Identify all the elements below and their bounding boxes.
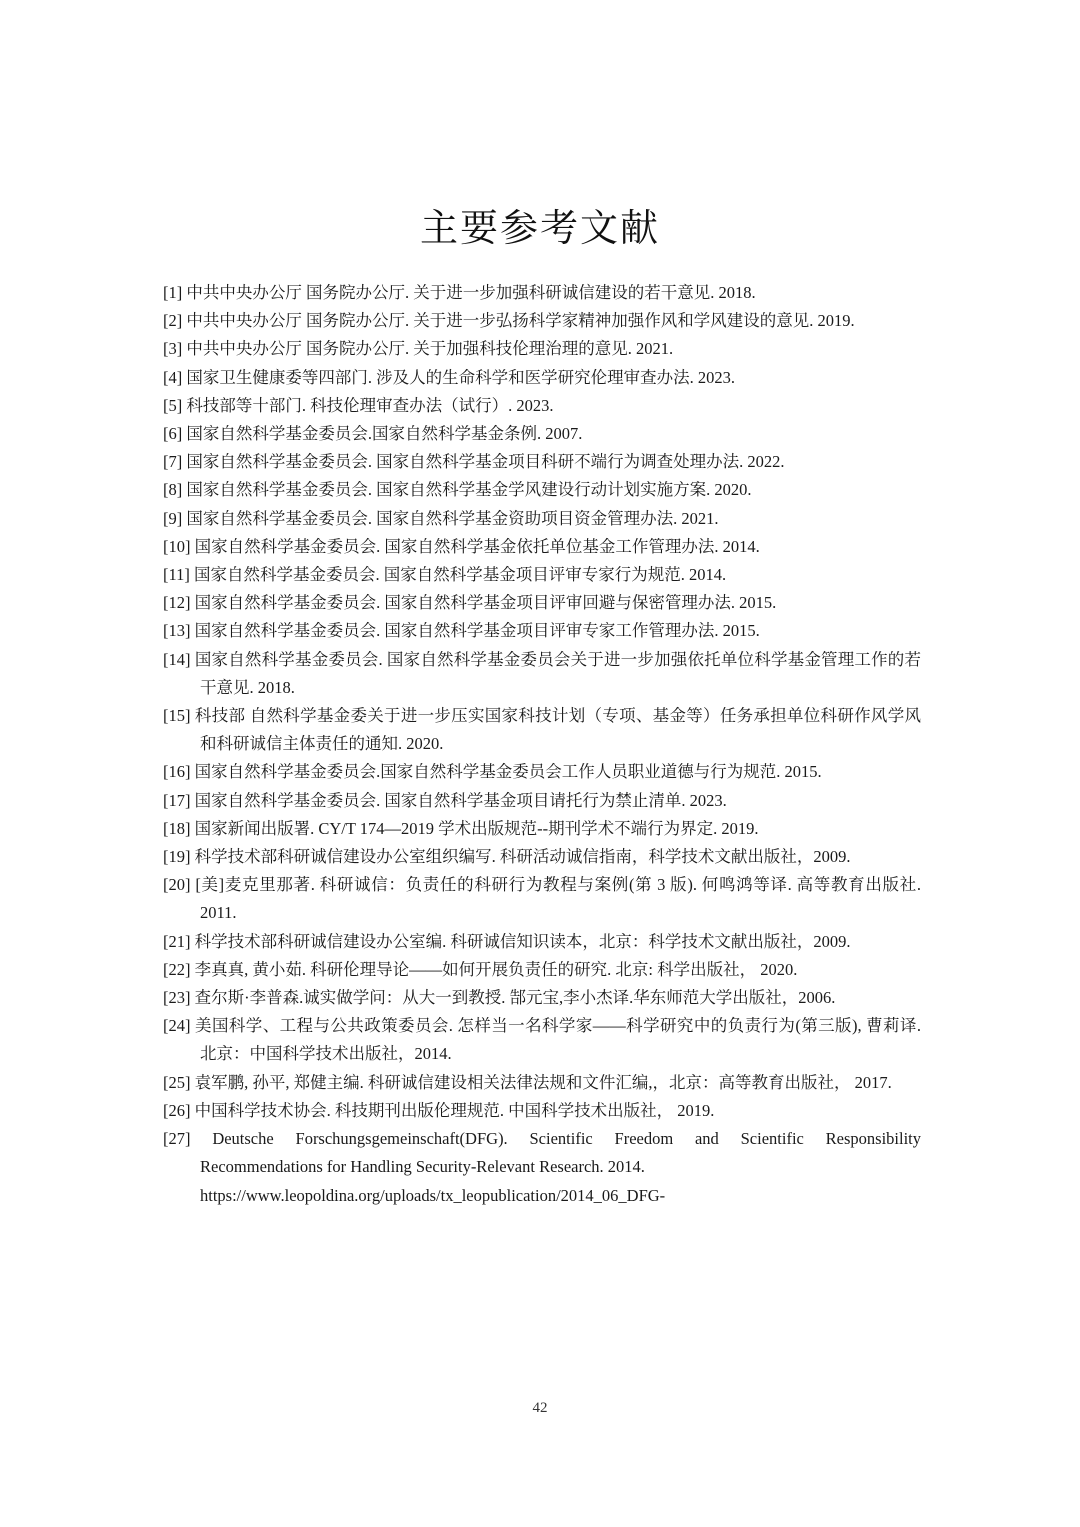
reference-item: [23] 查尔斯·李普森.诚实做学问：从大一到教授. 郜元宝,李小杰译.华东师范… <box>163 984 921 1012</box>
reference-number: [1] <box>163 283 182 302</box>
reference-item: [24] 美国科学、工程与公共政策委员会. 怎样当一名科学家——科学研究中的负责… <box>163 1012 921 1068</box>
reference-item: [9] 国家自然科学基金委员会. 国家自然科学基金资助项目资金管理办法. 202… <box>163 505 921 533</box>
reference-item: [19] 科学技术部科研诚信建设办公室组织编写. 科研活动诚信指南，科学技术文献… <box>163 843 921 871</box>
reference-number: [22] <box>163 960 191 979</box>
reference-number: [27] <box>163 1129 191 1148</box>
reference-text: 国家自然科学基金委员会. 国家自然科学基金学风建设行动计划实施方案. 2020. <box>186 480 751 499</box>
reference-number: [15] <box>163 706 191 725</box>
reference-number: [10] <box>163 537 191 556</box>
reference-number: [18] <box>163 819 191 838</box>
reference-text: 国家自然科学基金委员会.国家自然科学基金委员会工作人员职业道德与行为规范. 20… <box>195 762 822 781</box>
reference-number: [6] <box>163 424 182 443</box>
reference-number: [17] <box>163 791 191 810</box>
reference-item: [13] 国家自然科学基金委员会. 国家自然科学基金项目评审专家工作管理办法. … <box>163 617 921 645</box>
reference-text: 科学技术部科研诚信建设办公室编. 科研诚信知识读本，北京：科学技术文献出版社，2… <box>195 932 851 951</box>
reference-text: 美国科学、工程与公共政策委员会. 怎样当一名科学家——科学研究中的负责行为(第三… <box>195 1016 921 1063</box>
reference-number: [4] <box>163 368 182 387</box>
reference-text: 科学技术部科研诚信建设办公室组织编写. 科研活动诚信指南，科学技术文献出版社，2… <box>195 847 851 866</box>
reference-item: [7] 国家自然科学基金委员会. 国家自然科学基金项目科研不端行为调查处理办法.… <box>163 448 921 476</box>
reference-number: [26] <box>163 1101 191 1120</box>
reference-number: [21] <box>163 932 191 951</box>
reference-text: 李真真, 黄小茹. 科研伦理导论——如何开展负责任的研究. 北京: 科学出版社，… <box>195 960 798 979</box>
reference-number: [19] <box>163 847 191 866</box>
reference-item: [15] 科技部 自然科学基金委关于进一步压实国家科技计划（专项、基金等）任务承… <box>163 702 921 758</box>
reference-item: [17] 国家自然科学基金委员会. 国家自然科学基金项目请托行为禁止清单. 20… <box>163 787 921 815</box>
reference-number: [25] <box>163 1073 191 1092</box>
reference-text: 中共中央办公厅 国务院办公厅. 关于进一步加强科研诚信建设的若干意见. 2018… <box>186 283 755 302</box>
reference-item: [2] 中共中央办公厅 国务院办公厅. 关于进一步弘扬科学家精神加强作风和学风建… <box>163 307 921 335</box>
reference-item: [16] 国家自然科学基金委员会.国家自然科学基金委员会工作人员职业道德与行为规… <box>163 758 921 786</box>
reference-text: 中共中央办公厅 国务院办公厅. 关于加强科技伦理治理的意见. 2021. <box>186 339 673 358</box>
reference-number: [5] <box>163 396 182 415</box>
reference-item: [8] 国家自然科学基金委员会. 国家自然科学基金学风建设行动计划实施方案. 2… <box>163 476 921 504</box>
reference-text: 科技部 自然科学基金委关于进一步压实国家科技计划（专项、基金等）任务承担单位科研… <box>195 706 921 753</box>
reference-text: 国家自然科学基金委员会. 国家自然科学基金资助项目资金管理办法. 2021. <box>186 509 718 528</box>
reference-item: [27] Deutsche Forschungsgemeinschaft(DFG… <box>163 1125 921 1210</box>
reference-text: 国家自然科学基金委员会. 国家自然科学基金项目评审专家工作管理办法. 2015. <box>195 621 760 640</box>
reference-text: 国家自然科学基金委员会. 国家自然科学基金项目评审回避与保密管理办法. 2015… <box>195 593 777 612</box>
reference-item: [20] [美]麦克里那著. 科研诚信：负责任的科研行为教程与案例(第 3 版)… <box>163 871 921 927</box>
reference-number: [7] <box>163 452 182 471</box>
page-number: 42 <box>0 1400 1080 1417</box>
reference-number: [24] <box>163 1016 191 1035</box>
reference-number: [16] <box>163 762 191 781</box>
reference-item: [12] 国家自然科学基金委员会. 国家自然科学基金项目评审回避与保密管理办法.… <box>163 589 921 617</box>
reference-text: 中共中央办公厅 国务院办公厅. 关于进一步弘扬科学家精神加强作风和学风建设的意见… <box>186 311 854 330</box>
page-title: 主要参考文献 <box>0 200 1080 256</box>
reference-item: [3] 中共中央办公厅 国务院办公厅. 关于加强科技伦理治理的意见. 2021. <box>163 335 921 363</box>
reference-text: 国家自然科学基金委员会. 国家自然科学基金项目评审专家行为规范. 2014. <box>194 565 726 584</box>
reference-url-link[interactable]: https://www.leopoldina.org/uploads/tx_le… <box>200 1182 921 1210</box>
reference-item: [5] 科技部等十部门. 科技伦理审查办法（试行）. 2023. <box>163 392 921 420</box>
reference-text: 袁军鹏, 孙平, 郑健主编. 科研诚信建设相关法律法规和文件汇编,，北京：高等教… <box>195 1073 892 1092</box>
reference-number: [9] <box>163 509 182 528</box>
reference-text: [美]麦克里那著. 科研诚信：负责任的科研行为教程与案例(第 3 版). 何鸣鸿… <box>195 875 921 922</box>
reference-text: 查尔斯·李普森.诚实做学问：从大一到教授. 郜元宝,李小杰译.华东师范大学出版社… <box>195 988 836 1007</box>
reference-text: 国家自然科学基金委员会. 国家自然科学基金依托单位基金工作管理办法. 2014. <box>195 537 760 556</box>
reference-item: [1] 中共中央办公厅 国务院办公厅. 关于进一步加强科研诚信建设的若干意见. … <box>163 279 921 307</box>
reference-number: [11] <box>163 565 190 584</box>
reference-list: [1] 中共中央办公厅 国务院办公厅. 关于进一步加强科研诚信建设的若干意见. … <box>163 279 921 1210</box>
reference-item: [26] 中国科学技术协会. 科技期刊出版伦理规范. 中国科学技术出版社， 20… <box>163 1097 921 1125</box>
reference-text: 科技部等十部门. 科技伦理审查办法（试行）. 2023. <box>186 396 553 415</box>
reference-number: [12] <box>163 593 191 612</box>
reference-text: 国家自然科学基金委员会. 国家自然科学基金项目请托行为禁止清单. 2023. <box>195 791 727 810</box>
reference-item: [4] 国家卫生健康委等四部门. 涉及人的生命科学和医学研究伦理审查办法. 20… <box>163 364 921 392</box>
reference-item: [22] 李真真, 黄小茹. 科研伦理导论——如何开展负责任的研究. 北京: 科… <box>163 956 921 984</box>
reference-text: 国家自然科学基金委员会. 国家自然科学基金委员会关于进一步加强依托单位科学基金管… <box>195 650 921 697</box>
reference-number: [23] <box>163 988 191 1007</box>
reference-item: [18] 国家新闻出版署. CY/T 174—2019 学术出版规范--期刊学术… <box>163 815 921 843</box>
reference-text: 中国科学技术协会. 科技期刊出版伦理规范. 中国科学技术出版社， 2019. <box>195 1101 715 1120</box>
reference-number: [13] <box>163 621 191 640</box>
reference-item: [10] 国家自然科学基金委员会. 国家自然科学基金依托单位基金工作管理办法. … <box>163 533 921 561</box>
reference-number: [3] <box>163 339 182 358</box>
reference-item: [21] 科学技术部科研诚信建设办公室编. 科研诚信知识读本，北京：科学技术文献… <box>163 928 921 956</box>
reference-text: 国家新闻出版署. CY/T 174—2019 学术出版规范--期刊学术不端行为界… <box>195 819 759 838</box>
reference-item: [14] 国家自然科学基金委员会. 国家自然科学基金委员会关于进一步加强依托单位… <box>163 646 921 702</box>
reference-text: 国家卫生健康委等四部门. 涉及人的生命科学和医学研究伦理审查办法. 2023. <box>186 368 735 387</box>
reference-item: [6] 国家自然科学基金委员会.国家自然科学基金条例. 2007. <box>163 420 921 448</box>
reference-number: [20] <box>163 875 191 894</box>
reference-text: 国家自然科学基金委员会.国家自然科学基金条例. 2007. <box>186 424 582 443</box>
reference-item: [25] 袁军鹏, 孙平, 郑健主编. 科研诚信建设相关法律法规和文件汇编,，北… <box>163 1069 921 1097</box>
reference-number: [14] <box>163 650 191 669</box>
reference-item: [11] 国家自然科学基金委员会. 国家自然科学基金项目评审专家行为规范. 20… <box>163 561 921 589</box>
reference-number: [8] <box>163 480 182 499</box>
reference-text: Deutsche Forschungsgemeinschaft(DFG). Sc… <box>200 1129 921 1176</box>
reference-number: [2] <box>163 311 182 330</box>
reference-text: 国家自然科学基金委员会. 国家自然科学基金项目科研不端行为调查处理办法. 202… <box>186 452 784 471</box>
